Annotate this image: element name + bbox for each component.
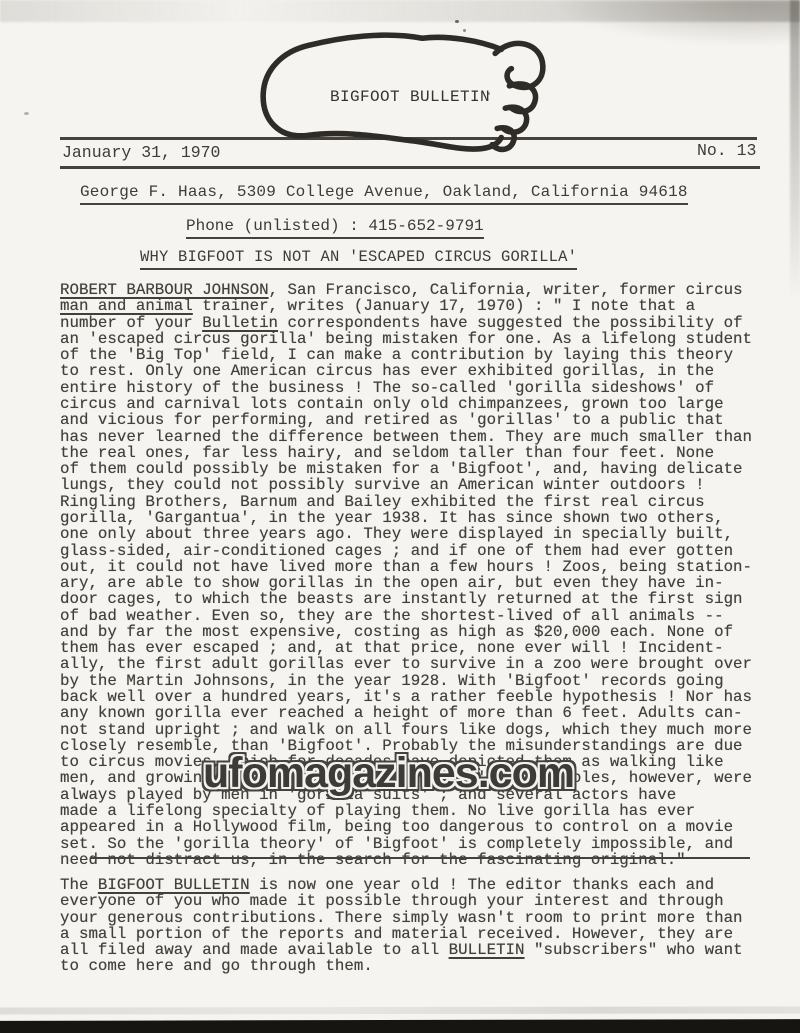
watermark-text: ufomagazines.com	[203, 749, 574, 798]
scan-streak-bottom	[0, 1006, 800, 1014]
ink-speck	[455, 20, 459, 23]
scanned-newsletter-page: BIGFOOT BULLETIN January 31, 1970 No. 13…	[0, 0, 800, 1033]
editor-address-text: George F. Haas, 5309 College Avenue, Oak…	[80, 183, 688, 205]
phone-line: Phone (unlisted) : 415-652-9791	[186, 217, 484, 235]
editor-address-line: George F. Haas, 5309 College Avenue, Oak…	[80, 183, 688, 201]
scan-black-bar-bottom	[0, 1019, 800, 1033]
article-headline: WHY BIGFOOT IS NOT AN 'ESCAPED CIRCUS GO…	[140, 248, 577, 266]
section-divider-rule	[90, 857, 750, 859]
issue-date: January 31, 1970	[62, 143, 220, 162]
editor-note: The BIGFOOT BULLETIN is now one year old…	[60, 877, 772, 975]
scan-smudge-top-right	[550, 0, 800, 46]
masthead-title: BIGFOOT BULLETIN	[330, 88, 490, 106]
scan-shadow-right-edge	[790, 0, 800, 300]
article-headline-text: WHY BIGFOOT IS NOT AN 'ESCAPED CIRCUS GO…	[140, 248, 577, 270]
issue-number: No. 13	[697, 141, 756, 160]
ink-speck	[24, 112, 29, 115]
phone-text: Phone (unlisted) : 415-652-9791	[186, 217, 484, 239]
